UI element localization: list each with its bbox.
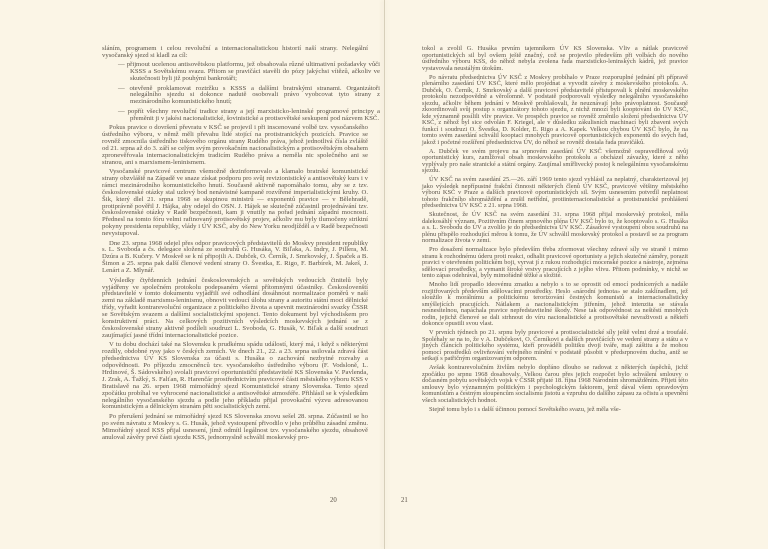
bullet-item: — otevřeně proklamovat roztržku s KSSS a… <box>118 86 380 107</box>
paragraph: Po přerušení jednání se mimořádný sjezd … <box>102 414 368 442</box>
paragraph: Stejně tomu bylo i s další účinnou pomoc… <box>422 407 688 414</box>
paragraph: ÚV KSČ na svém zasedání 25.—26. září 196… <box>422 177 688 210</box>
paragraph: A. Dubček ve svém projevu na srpnovém za… <box>422 149 688 175</box>
paragraph: Pokus pravice o dovršení převratu v KSČ … <box>102 125 368 166</box>
book-spread: sláním, programem i celou revoluční a in… <box>0 0 768 549</box>
paragraph: Pro dosažení normalizace bylo především … <box>422 247 688 280</box>
paragraph: Po návratu předsednictva ÚV KSČ z Moskvy… <box>422 75 688 147</box>
page-left: sláním, programem i celou revoluční a in… <box>102 46 368 444</box>
paragraph: Avšak kontrarevolučním živlům nebylo dop… <box>422 365 688 404</box>
page-number-left: 20 <box>330 497 337 504</box>
paragraph: Skutečnost, že ÚV KSČ na svém zasedání 3… <box>422 212 688 245</box>
paragraph: V tu dobu dochází také na Slovensku k pr… <box>102 342 368 411</box>
paragraph: Výsledky čtyřdenních jednání českosloven… <box>102 278 368 340</box>
paragraph: Vysočanské pravicové centrum všemožně de… <box>102 169 368 238</box>
page-right: tokol a zvolil G. Husáka prvním tajemník… <box>422 46 688 416</box>
page-number-right: 21 <box>401 497 408 504</box>
paragraph: sláním, programem i celou revoluční a in… <box>102 46 368 60</box>
bullet-item: — popřít všechny revoluční tradice stran… <box>118 109 380 123</box>
paragraph: Mnoho lidí propadlo ideovému zmatku a ne… <box>422 282 688 328</box>
paragraph: V prvních týdnech po 21. srpnu byly prav… <box>422 330 688 363</box>
bullet-item: — přijmout ucelenou antisovětskou platfo… <box>118 62 380 83</box>
paragraph: Dne 23. srpna 1968 odejel přes odpor pra… <box>102 241 368 276</box>
paragraph: tokol a zvolil G. Husáka prvním tajemník… <box>422 46 688 72</box>
gutter-divider <box>384 0 385 549</box>
